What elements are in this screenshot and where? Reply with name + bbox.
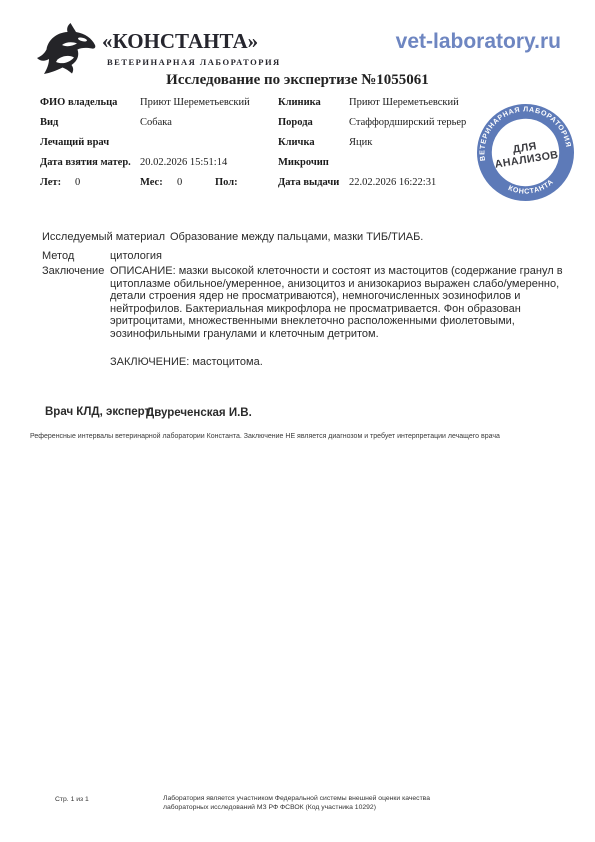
document-title: Исследование по экспертизе №1055061	[0, 72, 595, 89]
brand-name: «КОНСТАНТА»	[102, 29, 258, 54]
months-label: Мес:	[140, 177, 163, 188]
sampling-date-value: 20.02.2026 15:51:14	[140, 157, 227, 168]
species-value: Собака	[140, 117, 172, 128]
description-text: ОПИСАНИЕ: мазки высокой клеточности и со…	[110, 265, 575, 341]
species-label: Вид	[40, 117, 58, 128]
expert-name: Двуреченская И.В.	[146, 407, 252, 419]
material-value: Образование между пальцами, мазки ТИБ/ТИ…	[170, 231, 423, 243]
breed-value: Стаффордширский терьер	[349, 117, 466, 128]
disclaimer-note: Референсные интервалы ветеринарной лабор…	[30, 433, 500, 440]
sampling-date-label: Дата взятия матер.	[40, 157, 131, 168]
attending-vet-label: Лечащий врач	[40, 137, 109, 148]
owner-value: Приют Шереметьевский	[140, 97, 250, 108]
issue-date-value: 22.02.2026 16:22:31	[349, 177, 436, 188]
website-link[interactable]: vet-laboratory.ru	[396, 30, 561, 54]
sex-label: Пол:	[215, 177, 238, 188]
years-label: Лет:	[40, 177, 61, 188]
conclusion-label: Заключение	[42, 265, 104, 277]
lab-stamp: ВЕТЕРИНАРНАЯ ЛАБОРАТОРИЯ КОНСТАНТА ДЛЯ А…	[469, 96, 582, 209]
lab-report-page: «КОНСТАНТА» ВЕТЕРИНАРНАЯ ЛАБОРАТОРИЯ vet…	[0, 0, 595, 842]
page-indicator: Стр. 1 из 1	[55, 796, 89, 803]
expert-title-label: Врач КЛД, эксперт:	[45, 406, 154, 418]
owner-label: ФИО владельца	[40, 97, 117, 108]
method-label: Метод	[42, 250, 74, 262]
microchip-label: Микрочип	[278, 157, 329, 168]
final-conclusion: ЗАКЛЮЧЕНИЕ: мастоцитома.	[110, 356, 263, 368]
accreditation-note: Лаборатория является участником Федераль…	[163, 794, 451, 813]
orca-logo-icon	[36, 23, 98, 75]
material-label: Исследуемый материал	[42, 231, 165, 243]
method-value: цитология	[110, 250, 162, 262]
breed-label: Порода	[278, 117, 313, 128]
months-value: 0	[177, 177, 182, 188]
clinic-label: Клиника	[278, 97, 321, 108]
issue-date-label: Дата выдачи	[278, 177, 339, 188]
years-value: 0	[75, 177, 80, 188]
pet-name-value: Яцик	[349, 137, 372, 148]
brand-subtitle: ВЕТЕРИНАРНАЯ ЛАБОРАТОРИЯ	[107, 57, 281, 67]
pet-name-label: Кличка	[278, 137, 315, 148]
clinic-value: Приют Шереметьевский	[349, 97, 459, 108]
